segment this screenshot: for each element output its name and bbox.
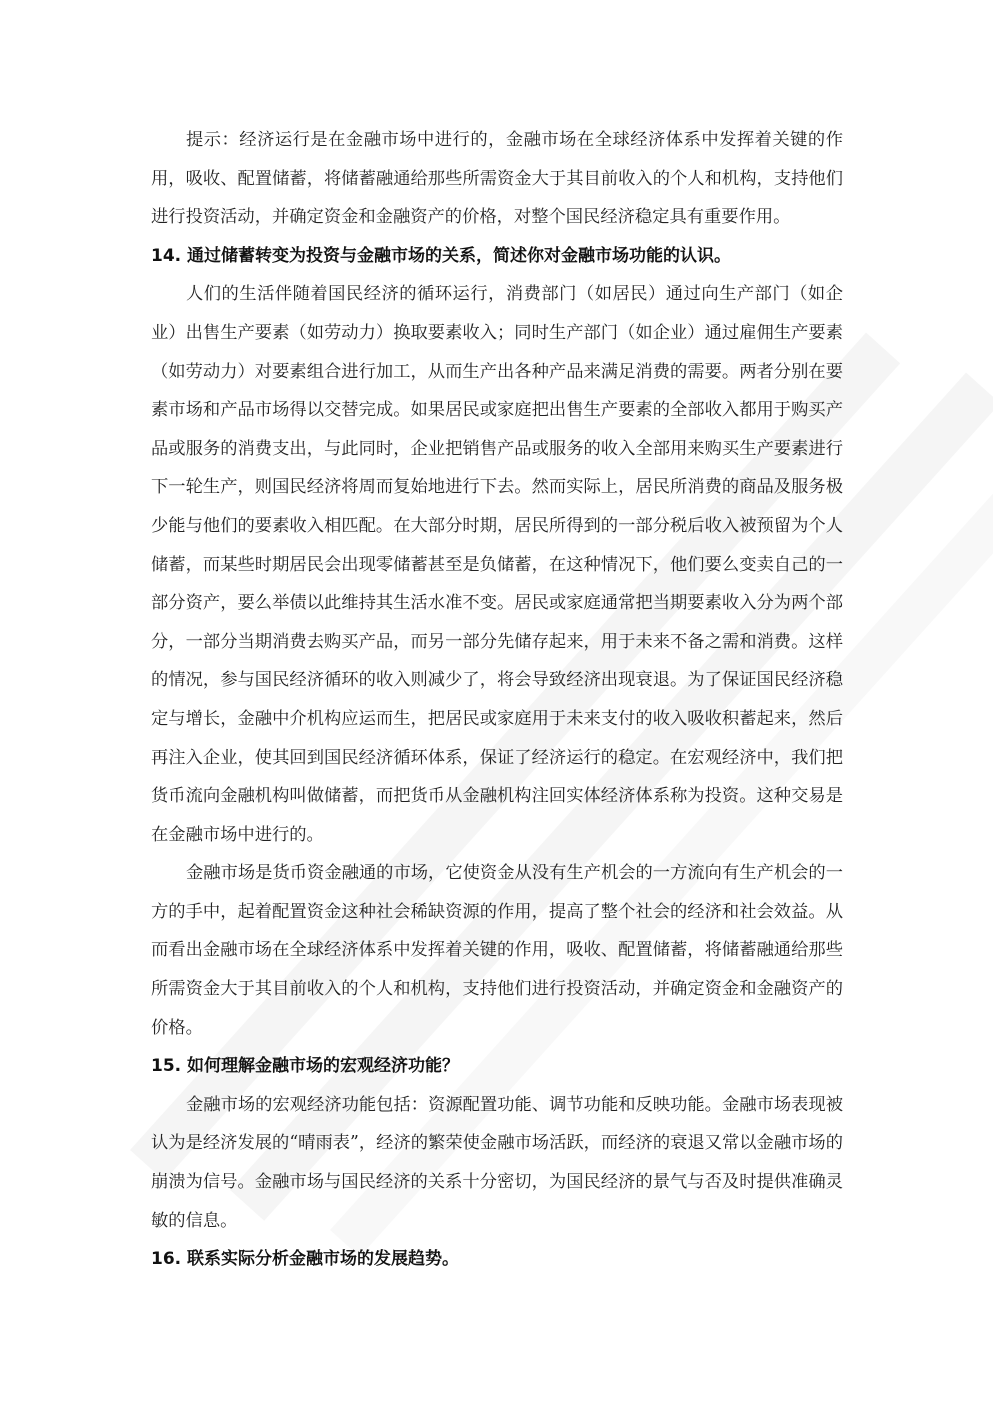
answer-14-paragraph-1: 人们的生活伴随着国民经济的循环运行，消费部门（如居民）通过向生产部门（如企业）出… — [151, 275, 843, 854]
document-body: 提示：经济运行是在金融市场中进行的，金融市场在全球经济体系中发挥着关键的作用，吸… — [151, 121, 843, 1279]
answer-15-paragraph: 金融市场的宏观经济功能包括：资源配置功能、调节功能和反映功能。金融市场表现被认为… — [151, 1086, 843, 1240]
question-14-heading: 14. 通过储蓄转变为投资与金融市场的关系，简述你对金融市场功能的认识。 — [151, 237, 843, 276]
hint-paragraph: 提示：经济运行是在金融市场中进行的，金融市场在全球经济体系中发挥着关键的作用，吸… — [151, 121, 843, 237]
question-15-heading: 15. 如何理解金融市场的宏观经济功能？ — [151, 1047, 843, 1086]
document-page: 提示：经济运行是在金融市场中进行的，金融市场在全球经济体系中发挥着关键的作用，吸… — [0, 0, 993, 1404]
question-16-heading: 16. 联系实际分析金融市场的发展趋势。 — [151, 1240, 843, 1279]
answer-14-paragraph-2: 金融市场是货币资金融通的市场，它使资金从没有生产机会的一方流向有生产机会的一方的… — [151, 854, 843, 1047]
